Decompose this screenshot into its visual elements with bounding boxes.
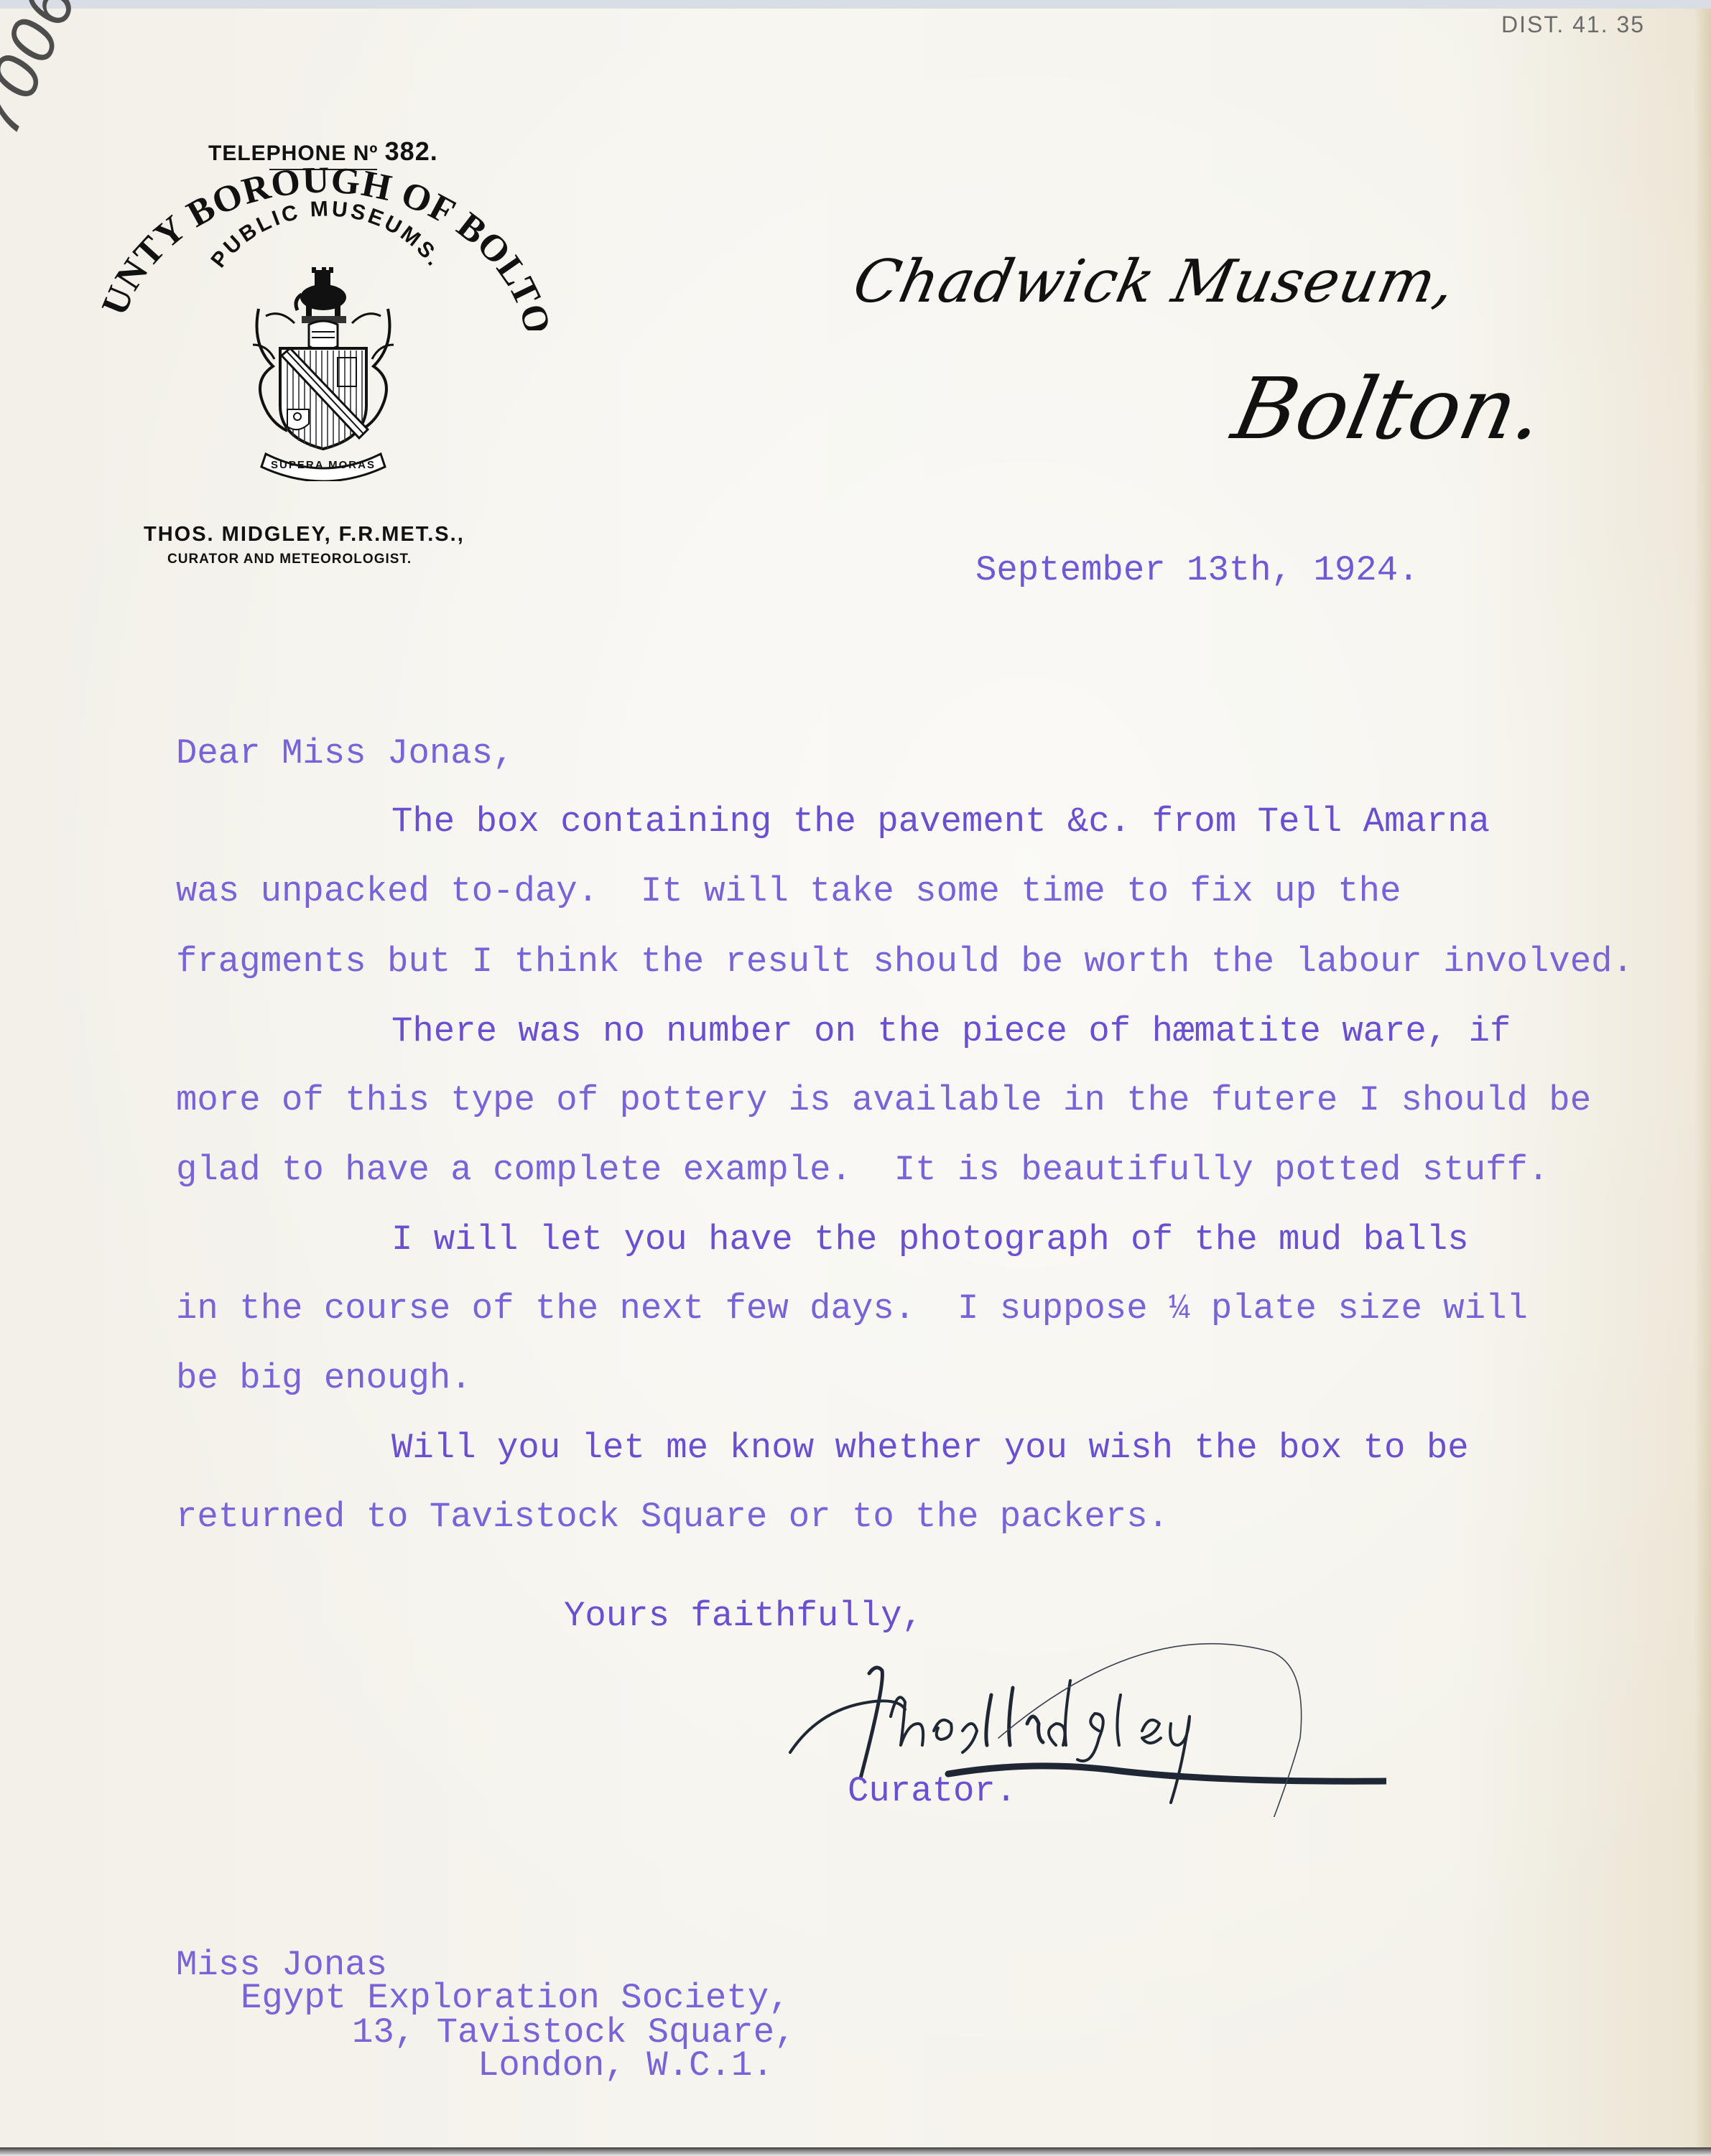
institution-name: Chadwick Museum, bbox=[848, 248, 1462, 316]
scan-top-edge bbox=[0, 0, 1711, 9]
curator-name: THOS. MIDGLEY, F.R.MET.S., bbox=[144, 523, 465, 547]
signatory-title: Curator. bbox=[848, 1774, 1016, 1809]
body-line: I will let you have the photograph of th… bbox=[391, 1222, 1469, 1258]
body-line: There was no number on the piece of hæma… bbox=[391, 1014, 1511, 1049]
body-line: was unpacked to-day. It will take some t… bbox=[176, 874, 1401, 909]
body-line: returned to Tavistock Square or to the p… bbox=[176, 1500, 1169, 1535]
recipient-city: London, W.C.1. bbox=[478, 2048, 774, 2083]
telephone-label: TELEPHONE Nº bbox=[208, 141, 378, 165]
body-line: more of this type of pottery is availabl… bbox=[176, 1083, 1591, 1118]
coat-of-arms-icon: SUPERA MORAS bbox=[237, 266, 409, 481]
body-line: The box containing the pavement &c. from… bbox=[391, 804, 1490, 840]
body-line: fragments but I think the result should … bbox=[176, 944, 1633, 980]
crest-motto: SUPERA MORAS bbox=[271, 459, 376, 471]
body-line: glad to have a complete example. It is b… bbox=[176, 1153, 1549, 1188]
body-line: Will you let me know whether you wish th… bbox=[391, 1431, 1469, 1466]
body-line: in the course of the next few days. I su… bbox=[176, 1291, 1528, 1326]
telephone-number: 382. bbox=[385, 136, 438, 166]
closing: Yours faithfully, bbox=[564, 1599, 923, 1634]
body-line: be big enough. bbox=[176, 1361, 472, 1396]
telephone-line: TELEPHONE Nº 382. bbox=[208, 136, 438, 167]
recipient-org: Egypt Exploration Society, bbox=[241, 1981, 790, 2016]
town-name: Bolton. bbox=[1225, 359, 1553, 458]
curator-title: CURATOR AND METEOROLOGIST. bbox=[167, 552, 412, 567]
letter-date: September 13th, 1924. bbox=[975, 553, 1419, 588]
scan-bottom-edge bbox=[0, 2147, 1711, 2156]
reference-annotation: DIST. 41. 35 bbox=[1501, 11, 1645, 38]
salutation: Dear Miss Jonas, bbox=[176, 736, 514, 771]
